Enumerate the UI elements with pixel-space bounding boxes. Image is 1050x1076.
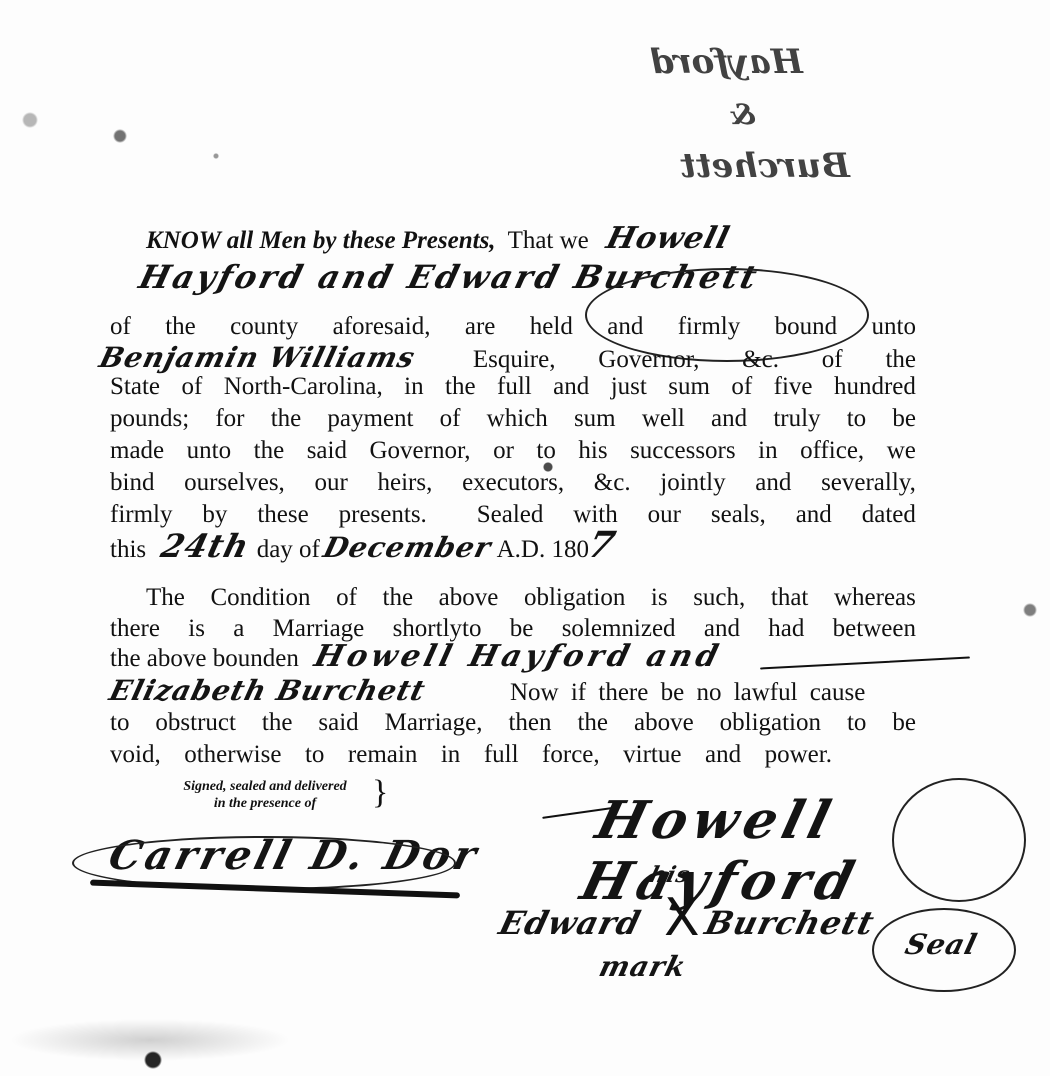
word: held — [530, 312, 573, 342]
word: of — [440, 404, 461, 434]
word: these — [257, 500, 308, 530]
word: be — [892, 708, 916, 738]
word: virtue — [623, 740, 681, 770]
word: to — [847, 708, 866, 738]
word: Esquire, — [473, 345, 556, 375]
word: five — [774, 372, 813, 402]
principal-seal — [892, 778, 1026, 902]
word: to — [536, 436, 555, 466]
word: aforesaid, — [333, 312, 431, 342]
word: severally, — [821, 468, 916, 498]
word: sum — [668, 372, 710, 402]
word: North-Carolina, — [224, 372, 383, 402]
word: of — [181, 372, 202, 402]
word: and — [705, 740, 741, 770]
word: that — [771, 583, 809, 613]
witness-label: Signed, sealed and delivered in the pres… — [150, 778, 380, 812]
word: Sealed — [477, 500, 544, 530]
word: obligation — [524, 583, 625, 613]
endorsement-bleedthrough-line3: Burchett — [680, 146, 850, 186]
bond-line-4: Benjamin Williams Esquire, Governor, &c.… — [100, 343, 916, 375]
word: the — [445, 372, 476, 402]
word: be — [892, 404, 916, 434]
word: county — [230, 312, 298, 342]
handwritten-day: 24th — [158, 531, 252, 561]
word: then — [508, 708, 551, 738]
word: had — [768, 614, 804, 644]
bond-line-8: bind ourselves, our heirs, executors, &c… — [110, 468, 916, 498]
word: obstruct — [155, 708, 236, 738]
seal-text: Seal — [902, 928, 981, 961]
word: of — [110, 312, 131, 342]
handwritten-governor: Benjamin Williams — [96, 343, 433, 373]
word: to — [305, 740, 324, 770]
word: above — [634, 708, 694, 738]
witness-label-line1: Signed, sealed and delivered — [150, 778, 380, 795]
word: in — [404, 372, 423, 402]
word: the — [254, 436, 285, 466]
word: Marriage, — [385, 708, 483, 738]
word: the — [577, 708, 608, 738]
word: &c. — [594, 468, 631, 498]
word: is — [651, 583, 668, 613]
handwritten-year-digit: 7 — [585, 530, 619, 560]
word: bind — [110, 468, 154, 498]
word: this — [110, 535, 146, 565]
word: pounds; — [110, 404, 189, 434]
word: remain — [348, 740, 417, 770]
word: said — [307, 436, 347, 466]
word: heirs, — [378, 468, 433, 498]
word: a — [233, 614, 244, 644]
word: the — [885, 345, 916, 375]
word: of — [731, 372, 752, 402]
condition-line-5: to obstruct the said Marriage, then the … — [110, 708, 916, 738]
bond-line-9: firmly by these presents. Sealed with ou… — [110, 500, 916, 530]
word: unto — [872, 312, 916, 342]
bond-line-6: pounds; for the payment of which sum wel… — [110, 404, 916, 434]
word: force, — [542, 740, 600, 770]
mark-x: X — [664, 888, 700, 948]
bond-line-7: made unto the said Governor, or to his s… — [110, 436, 916, 466]
word: A.D. 180 — [497, 535, 589, 565]
word: our — [315, 468, 348, 498]
handwritten-month: December — [320, 533, 494, 563]
bond-intro-roman: That we — [508, 226, 589, 256]
word: firmly — [678, 312, 741, 342]
word: is — [188, 614, 205, 644]
word: whereas — [834, 583, 916, 613]
word: bound — [775, 312, 838, 342]
word: such, — [693, 583, 745, 613]
word: day of — [257, 535, 320, 565]
word: his — [578, 436, 607, 466]
word: the — [262, 708, 293, 738]
word: for — [215, 404, 244, 434]
handwritten-groom: Howell Hayford and — [311, 642, 725, 672]
word: above — [439, 583, 499, 613]
word: by — [202, 500, 227, 530]
word: the — [383, 583, 414, 613]
word: &c. — [742, 345, 779, 375]
word: made — [110, 436, 164, 466]
handwritten-bride: Elizabeth Burchett — [106, 676, 513, 706]
word: void, — [110, 740, 161, 770]
word: seals, — [711, 500, 766, 530]
bond-line-3: of the county aforesaid, are held and fi… — [110, 312, 916, 342]
word: power. — [765, 740, 832, 770]
word: State — [110, 372, 160, 402]
word: truly — [773, 404, 820, 434]
word: dated — [862, 500, 916, 530]
word: to — [110, 708, 129, 738]
word: and — [553, 372, 589, 402]
word: and — [607, 312, 643, 342]
word: Governor, — [369, 436, 470, 466]
word: The — [146, 583, 185, 613]
word: or — [493, 436, 514, 466]
word: to — [847, 404, 866, 434]
word: executors, — [462, 468, 564, 498]
word: which — [487, 404, 548, 434]
word: full — [497, 372, 532, 402]
word: said — [318, 708, 358, 738]
word: sum — [574, 404, 616, 434]
second-signer-first-name: Edward — [495, 904, 645, 942]
endorsement-bleedthrough-line2: & — [730, 98, 755, 131]
word: and — [796, 500, 832, 530]
word: in — [758, 436, 777, 466]
his-label: his — [647, 862, 693, 888]
bond-date-line: this 24th day of December A.D. 180 7 — [110, 530, 916, 565]
word: obligation — [720, 708, 821, 738]
word: the — [271, 404, 302, 434]
word: the — [165, 312, 196, 342]
witness-label-line2: in the presence of — [150, 795, 380, 812]
bond-line-5: State of North-Carolina, in the full and… — [110, 372, 916, 402]
word: our — [648, 500, 681, 530]
word: Now if there be no lawful cause — [510, 678, 865, 708]
word: hundred — [834, 372, 916, 402]
endorsement-bleedthrough-line1: Hayford — [650, 42, 803, 82]
word: office, — [800, 436, 864, 466]
document-page: Hayford & Burchett KNOW all Men by these… — [0, 0, 1050, 1076]
bond-line-1: KNOW all Men by these Presents, That we … — [146, 224, 906, 256]
witness-brace: } — [372, 776, 388, 810]
word: Governor, — [598, 345, 699, 375]
word: jointly — [660, 468, 725, 498]
second-signer-surname: Burchett — [701, 904, 878, 942]
word: of — [822, 345, 843, 375]
condition-line-6: void, otherwise to remain in full force,… — [110, 740, 832, 770]
word: in — [441, 740, 460, 770]
word: firmly — [110, 500, 173, 530]
condition-line-1: The Condition of the above obligation is… — [146, 583, 916, 613]
word: between — [833, 614, 916, 644]
word: payment — [327, 404, 413, 434]
word: and — [711, 404, 747, 434]
word: unto — [187, 436, 231, 466]
mark-label: mark — [596, 950, 690, 983]
word: Condition — [210, 583, 310, 613]
word: are — [465, 312, 496, 342]
word: successors — [630, 436, 736, 466]
word: presents. — [339, 500, 427, 530]
word: ourselves, — [184, 468, 285, 498]
handwritten-principal-first: Howell — [603, 224, 733, 254]
bond-intro-italic: KNOW all Men by these Presents, — [146, 226, 496, 256]
word: and — [755, 468, 791, 498]
word: full — [484, 740, 519, 770]
condition-line-4: Elizabeth Burchett Now if there be no la… — [110, 676, 916, 708]
word: just — [611, 372, 647, 402]
word: otherwise — [184, 740, 281, 770]
word: well — [642, 404, 685, 434]
word: the above bounden — [110, 644, 299, 674]
word: we — [887, 436, 916, 466]
word: of — [336, 583, 357, 613]
condition-line-3: the above bounden Howell Hayford and — [110, 642, 990, 674]
word: there — [110, 614, 160, 644]
